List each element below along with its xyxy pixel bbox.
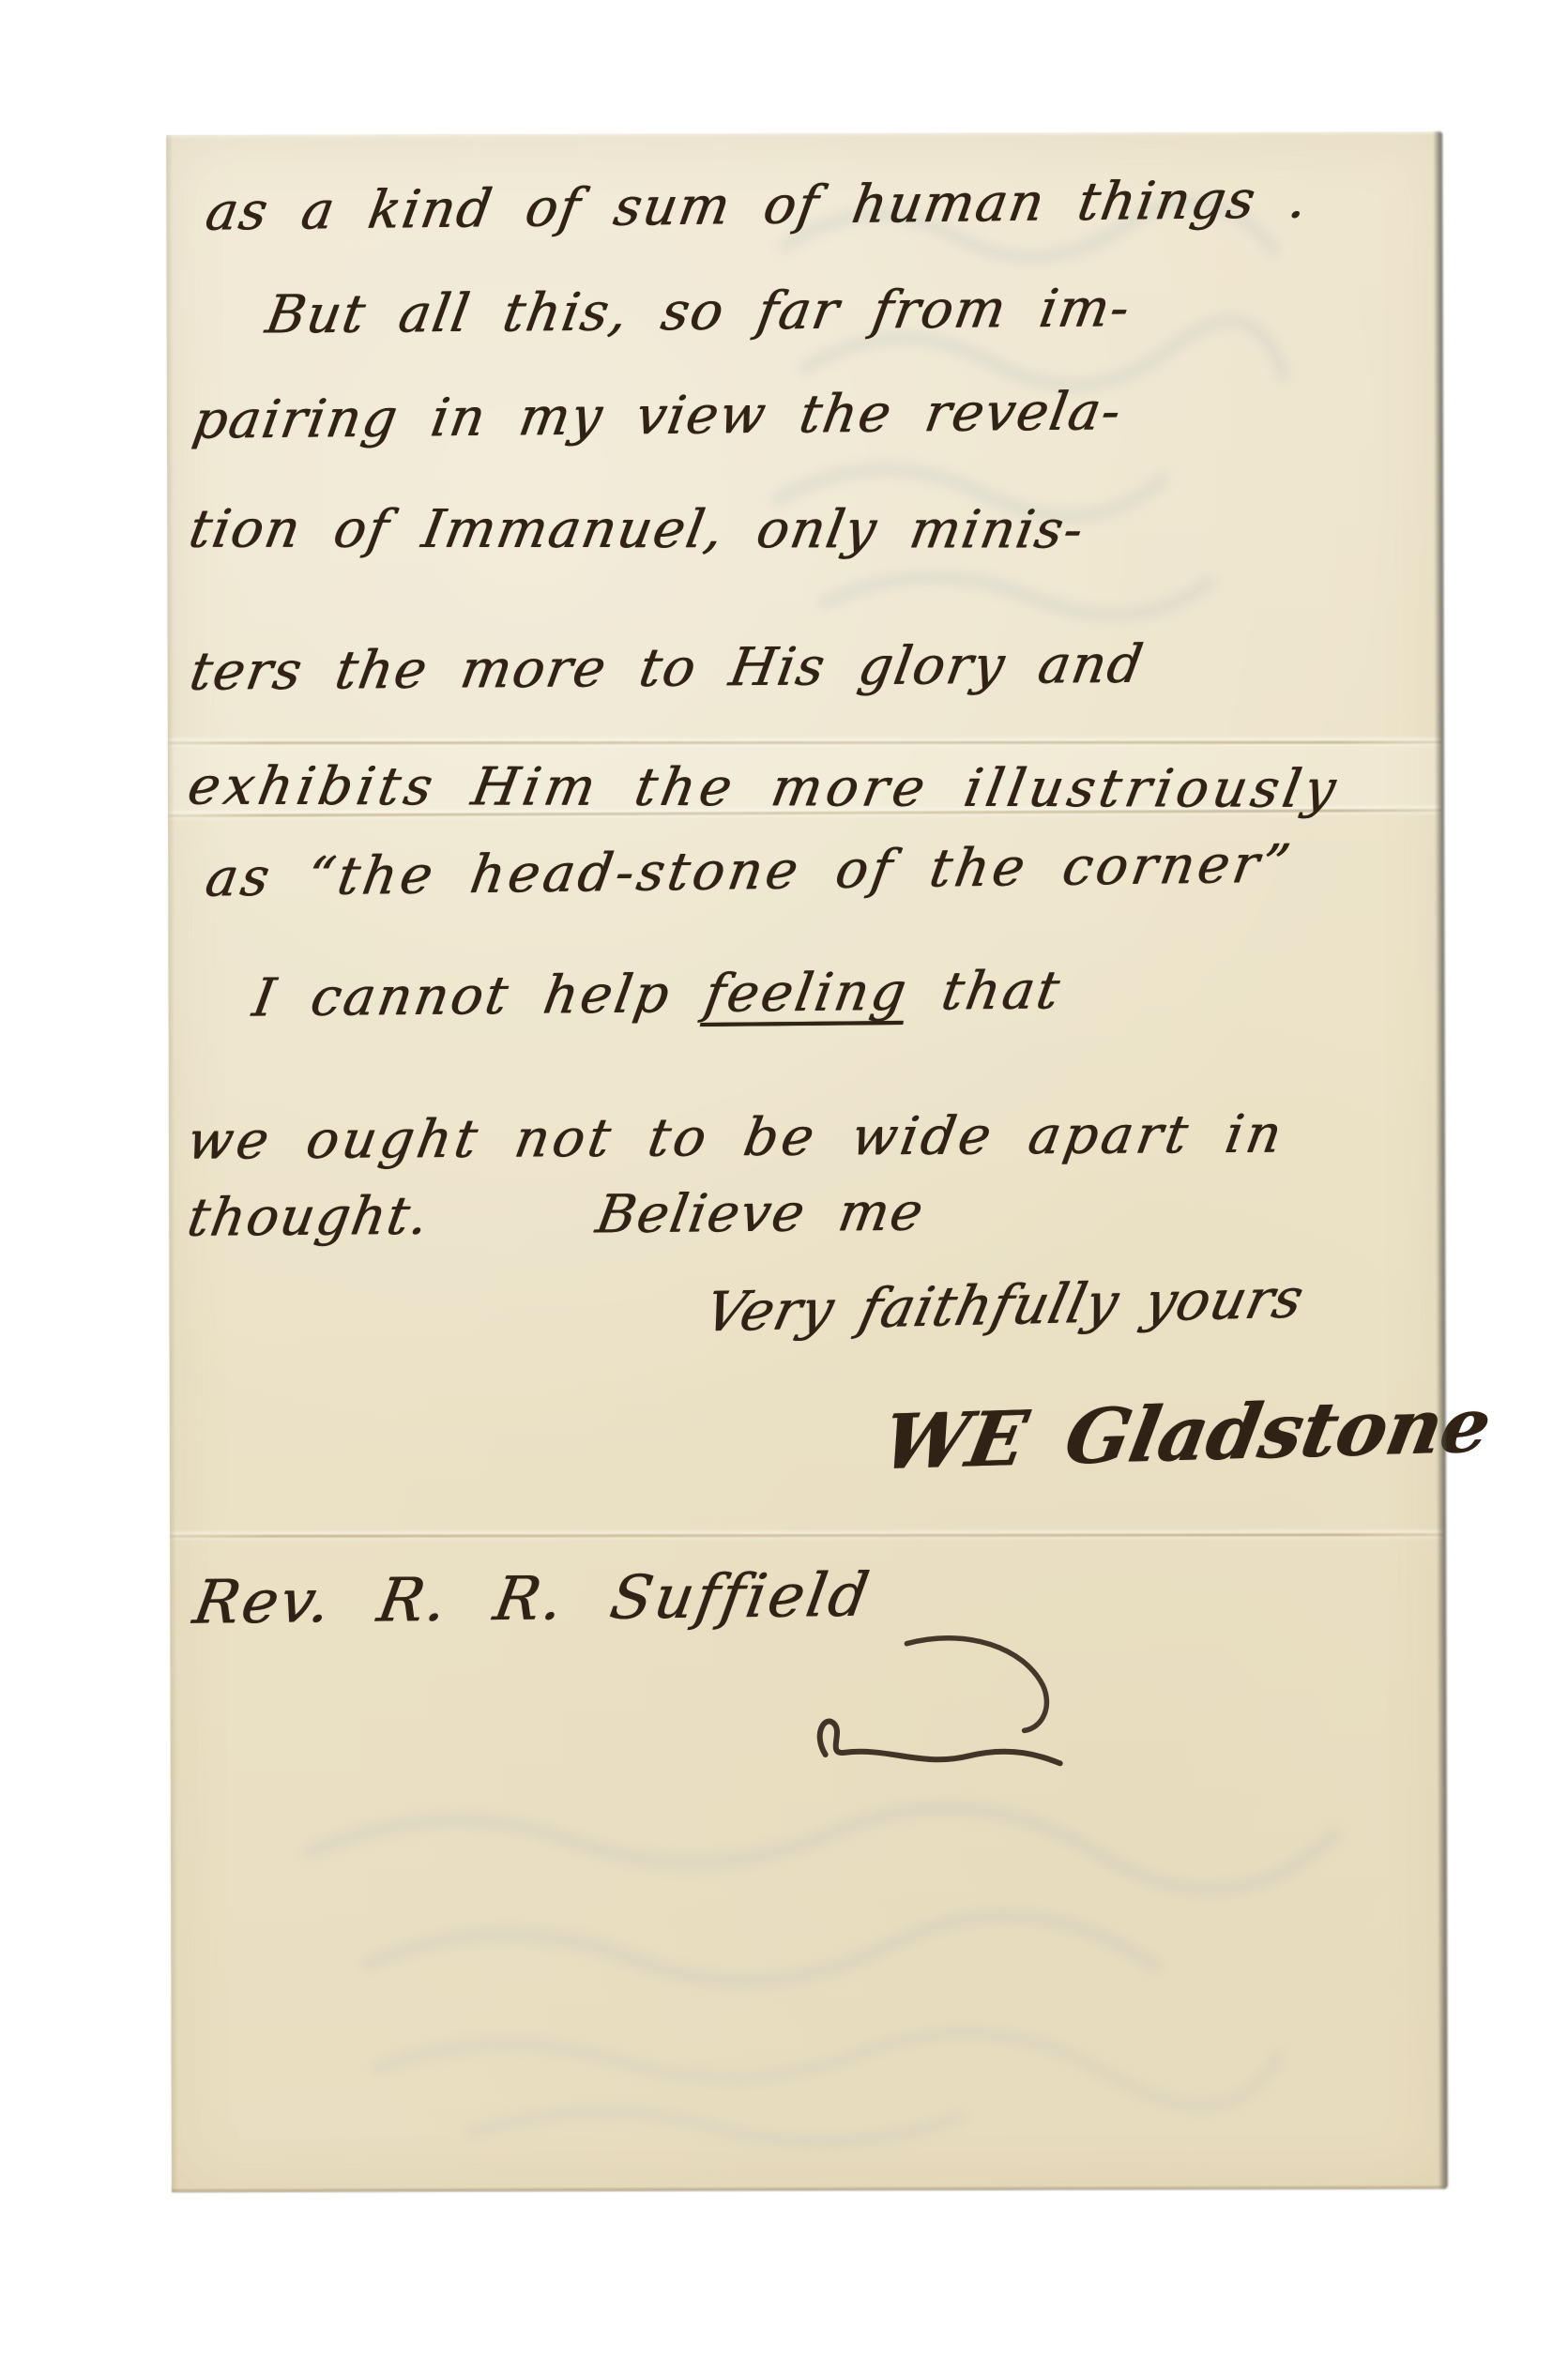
- body-line-9: we ought not to be wide apart in: [183, 1104, 1289, 1172]
- letter-paper: as a kind of sum of human things . But a…: [166, 131, 1446, 2192]
- body-line-8: I cannot help feeling that: [249, 960, 1066, 1028]
- recipient-line: Rev. R. R. Suffield: [189, 1561, 875, 1638]
- underlined-word: feeling: [700, 962, 913, 1025]
- paper-edge-shadow-right: [1433, 131, 1448, 2188]
- paper-edge-shadow-bottom: [172, 2185, 1446, 2193]
- body-line-3: pairing in my view the revela-: [189, 381, 1126, 451]
- valediction: Very faithfully yours: [699, 1266, 1310, 1344]
- body-line-8-post: that: [903, 960, 1066, 1023]
- body-line-6: exhibits Him the more illustriously: [183, 756, 1345, 820]
- body-line-4: tion of Immanuel, only minis-: [185, 499, 1089, 561]
- fold-crease: [170, 1533, 1444, 1538]
- show-through-ghost: [358, 2009, 1297, 2162]
- body-line-8-pre: I cannot help: [249, 964, 710, 1029]
- scan-background: as a kind of sum of human things . But a…: [0, 0, 1568, 2372]
- paper-edge-shadow-left: [166, 135, 178, 2192]
- signature: WE Gladstone: [875, 1380, 1498, 1486]
- signature-flourish: [799, 1705, 1072, 1781]
- body-line-1: as a kind of sum of human things .: [202, 169, 1314, 242]
- body-line-10: thought. Believe me: [183, 1182, 929, 1249]
- body-line-7: as “the head-stone of the corner”: [202, 834, 1298, 909]
- body-line-2: But all this, so far from im-: [262, 278, 1135, 345]
- body-line-5: ters the more to His glory and: [186, 634, 1149, 703]
